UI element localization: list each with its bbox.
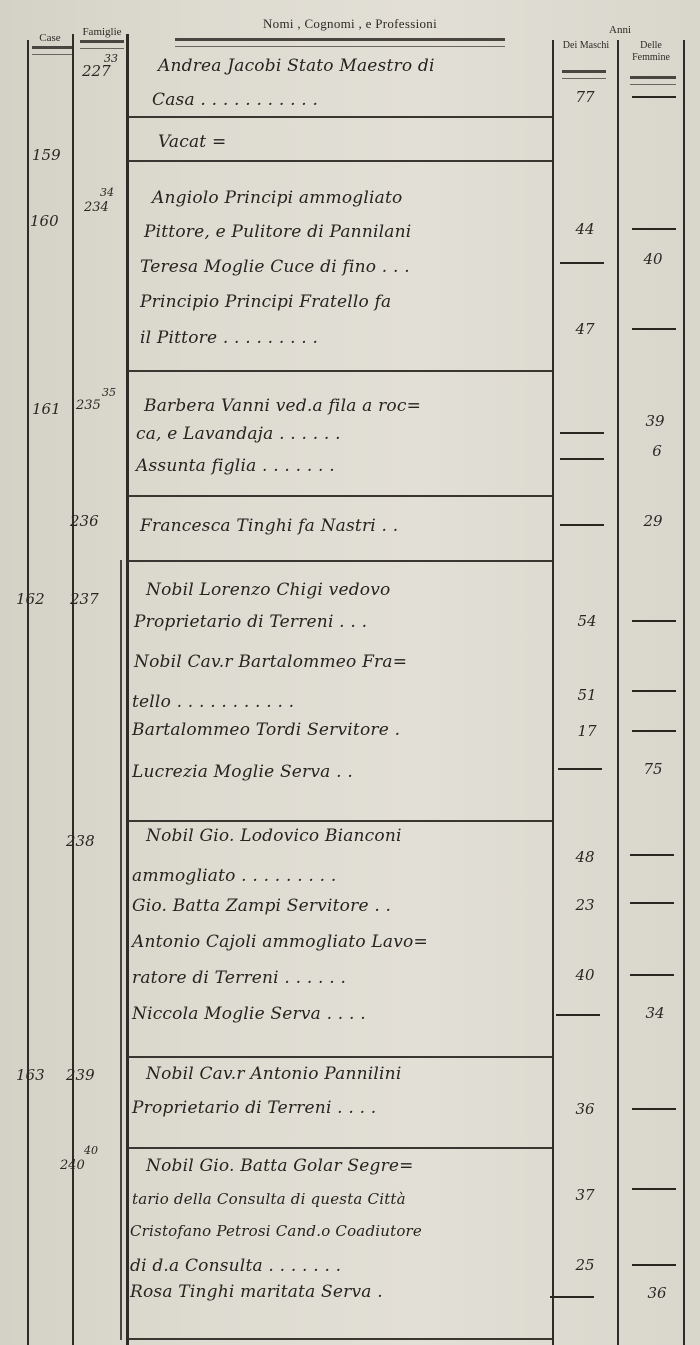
rule-names-maschi xyxy=(552,40,554,1345)
famiglia-number: 237 xyxy=(70,590,99,608)
age-maschi-dash xyxy=(558,768,602,770)
age-maschi-dash xyxy=(556,1014,600,1016)
row-separator xyxy=(128,160,552,162)
age-maschi-dash xyxy=(560,262,604,264)
age-maschi-dash xyxy=(560,432,604,434)
row-separator xyxy=(128,495,552,497)
entry-line: di d.a Consulta . . . . . . . xyxy=(130,1256,341,1276)
age-maschi: 77 xyxy=(560,88,610,106)
famiglia-number: 236 xyxy=(70,512,99,530)
age-femmine-dash xyxy=(632,730,676,732)
entry-line: Bartalommeo Tordi Servitore . xyxy=(132,720,400,740)
famiglia-sup: 35 xyxy=(102,386,116,399)
casa-number: 160 xyxy=(30,212,59,230)
age-maschi: 25 xyxy=(560,1256,610,1274)
header-maschi: Dei Maschi xyxy=(560,40,612,52)
row-separator xyxy=(128,1147,552,1149)
entry-line: Barbera Vanni ved.a fila a roc= xyxy=(144,396,421,416)
row-separator xyxy=(128,116,552,118)
age-femmine-dash xyxy=(632,1188,676,1190)
entry-line: Nobil Gio. Batta Golar Segre= xyxy=(146,1156,414,1176)
famiglia-number: 239 xyxy=(66,1066,95,1084)
entry-line: Gio. Batta Zampi Servitore . . xyxy=(132,896,391,916)
age-femmine: 36 xyxy=(632,1284,682,1302)
famiglia-number: 238 xyxy=(66,832,95,850)
entry-line: Assunta figlia . . . . . . . xyxy=(136,456,335,476)
famiglia-sup: 40 xyxy=(84,1144,98,1157)
row-separator xyxy=(128,820,552,822)
entry-line: Lucrezia Moglie Serva . . xyxy=(132,762,353,782)
row-separator xyxy=(128,1056,552,1058)
entry-line: Antonio Cajoli ammogliato Lavo= xyxy=(132,932,428,952)
entry-line: Nobil Cav.r Antonio Pannilini xyxy=(146,1064,401,1084)
age-maschi: 48 xyxy=(560,848,610,866)
age-maschi: 40 xyxy=(560,966,610,984)
entry-line: Niccola Moglie Serva . . . . xyxy=(132,1004,366,1024)
age-femmine-dash xyxy=(632,690,676,692)
entry-line: Angiolo Principi ammogliato xyxy=(152,188,402,208)
age-maschi: 47 xyxy=(560,320,610,338)
age-femmine-dash xyxy=(630,974,674,976)
age-femmine-dash xyxy=(632,96,676,98)
header-names: Nomi , Cognomi , e Professioni xyxy=(200,18,500,30)
age-femmine-dash xyxy=(632,1264,676,1266)
entry-line: il Pittore . . . . . . . . . xyxy=(140,328,318,348)
age-maschi-dash xyxy=(550,1296,594,1298)
row-separator xyxy=(128,560,552,562)
age-femmine: 75 xyxy=(628,760,678,778)
age-femmine-dash xyxy=(630,854,674,856)
entry-line: Pittore, e Pulitore di Pannilani xyxy=(144,222,411,242)
casa-number: 162 xyxy=(16,590,45,608)
entry-line: Proprietario di Terreni . . . xyxy=(134,612,367,632)
header-names-rule xyxy=(175,38,505,47)
age-maschi-dash xyxy=(560,458,604,460)
age-femmine-dash xyxy=(630,902,674,904)
age-femmine: 40 xyxy=(628,250,678,268)
rule-femmine-right xyxy=(683,40,685,1345)
age-maschi: 44 xyxy=(560,220,610,238)
rule-case-famiglie xyxy=(72,34,74,1345)
age-maschi: 54 xyxy=(562,612,612,630)
names-inner-left xyxy=(120,560,122,1340)
age-femmine: 29 xyxy=(628,512,678,530)
age-femmine-dash xyxy=(632,328,676,330)
row-separator xyxy=(128,370,552,372)
entry-line: Nobil Gio. Lodovico Bianconi xyxy=(146,826,402,846)
entry-line: Rosa Tinghi maritata Serva . xyxy=(130,1282,383,1302)
rule-maschi-femmine xyxy=(617,40,619,1345)
entry-line: ratore di Terreni . . . . . . xyxy=(132,968,346,988)
entry-line: Cristofano Petrosi Cand.o Coadiutore xyxy=(130,1222,422,1240)
entry-line: Andrea Jacobi Stato Maestro di xyxy=(158,56,435,76)
famiglia-number: 235 xyxy=(76,398,101,413)
age-femmine-dash xyxy=(632,1108,676,1110)
header-case-rule xyxy=(32,46,72,55)
casa-number: 161 xyxy=(32,400,61,418)
casa-number: 163 xyxy=(16,1066,45,1084)
rule-case-left xyxy=(27,40,29,1345)
entry-line: Proprietario di Terreni . . . . xyxy=(132,1098,376,1118)
header-anni: Anni xyxy=(590,24,650,36)
famiglia-sup: 34 xyxy=(100,186,114,199)
entry-line: tello . . . . . . . . . . . xyxy=(132,692,294,712)
famiglia-number: 234 xyxy=(84,200,109,215)
register-page: Case Famiglie Nomi , Cognomi , e Profess… xyxy=(0,0,700,1345)
age-maschi: 23 xyxy=(560,896,610,914)
entry-line: Nobil Cav.r Bartalommeo Fra= xyxy=(134,652,407,672)
header-famiglie-rule xyxy=(80,40,124,49)
header-femmine-rule xyxy=(630,76,676,85)
entry-line: Francesca Tinghi fa Nastri . . xyxy=(140,516,398,536)
header-maschi-rule xyxy=(562,70,606,79)
entry-line: Teresa Moglie Cuce di fino . . . xyxy=(140,257,410,277)
age-maschi: 51 xyxy=(562,686,612,704)
age-femmine: 34 xyxy=(630,1004,680,1022)
entry-line: ca, e Lavandaja . . . . . . xyxy=(136,424,341,444)
age-maschi-dash xyxy=(560,524,604,526)
famiglia-number: 227 xyxy=(82,62,111,80)
famiglia-number: 240 xyxy=(60,1158,85,1173)
age-femmine: 39 xyxy=(630,412,680,430)
age-femmine-dash xyxy=(632,228,676,230)
entry-line: Principio Principi Fratello fa xyxy=(140,292,391,312)
entry-line: Vacat = xyxy=(158,132,226,152)
age-maschi: 36 xyxy=(560,1100,610,1118)
age-femmine: 6 xyxy=(632,442,682,460)
age-maschi: 17 xyxy=(562,722,612,740)
age-femmine-dash xyxy=(632,620,676,622)
header-case: Case xyxy=(30,32,70,44)
entry-line: Casa . . . . . . . . . . . xyxy=(152,90,318,110)
row-separator xyxy=(128,1338,552,1340)
entry-line: tario della Consulta di questa Città xyxy=(132,1190,406,1208)
header-femmine: Delle Femmine xyxy=(622,40,680,64)
entry-line: Nobil Lorenzo Chigi vedovo xyxy=(146,580,390,600)
casa-number: 159 xyxy=(32,146,61,164)
entry-line: ammogliato . . . . . . . . . xyxy=(132,866,336,886)
header-famiglie: Famiglie xyxy=(76,26,128,38)
age-maschi: 37 xyxy=(560,1186,610,1204)
